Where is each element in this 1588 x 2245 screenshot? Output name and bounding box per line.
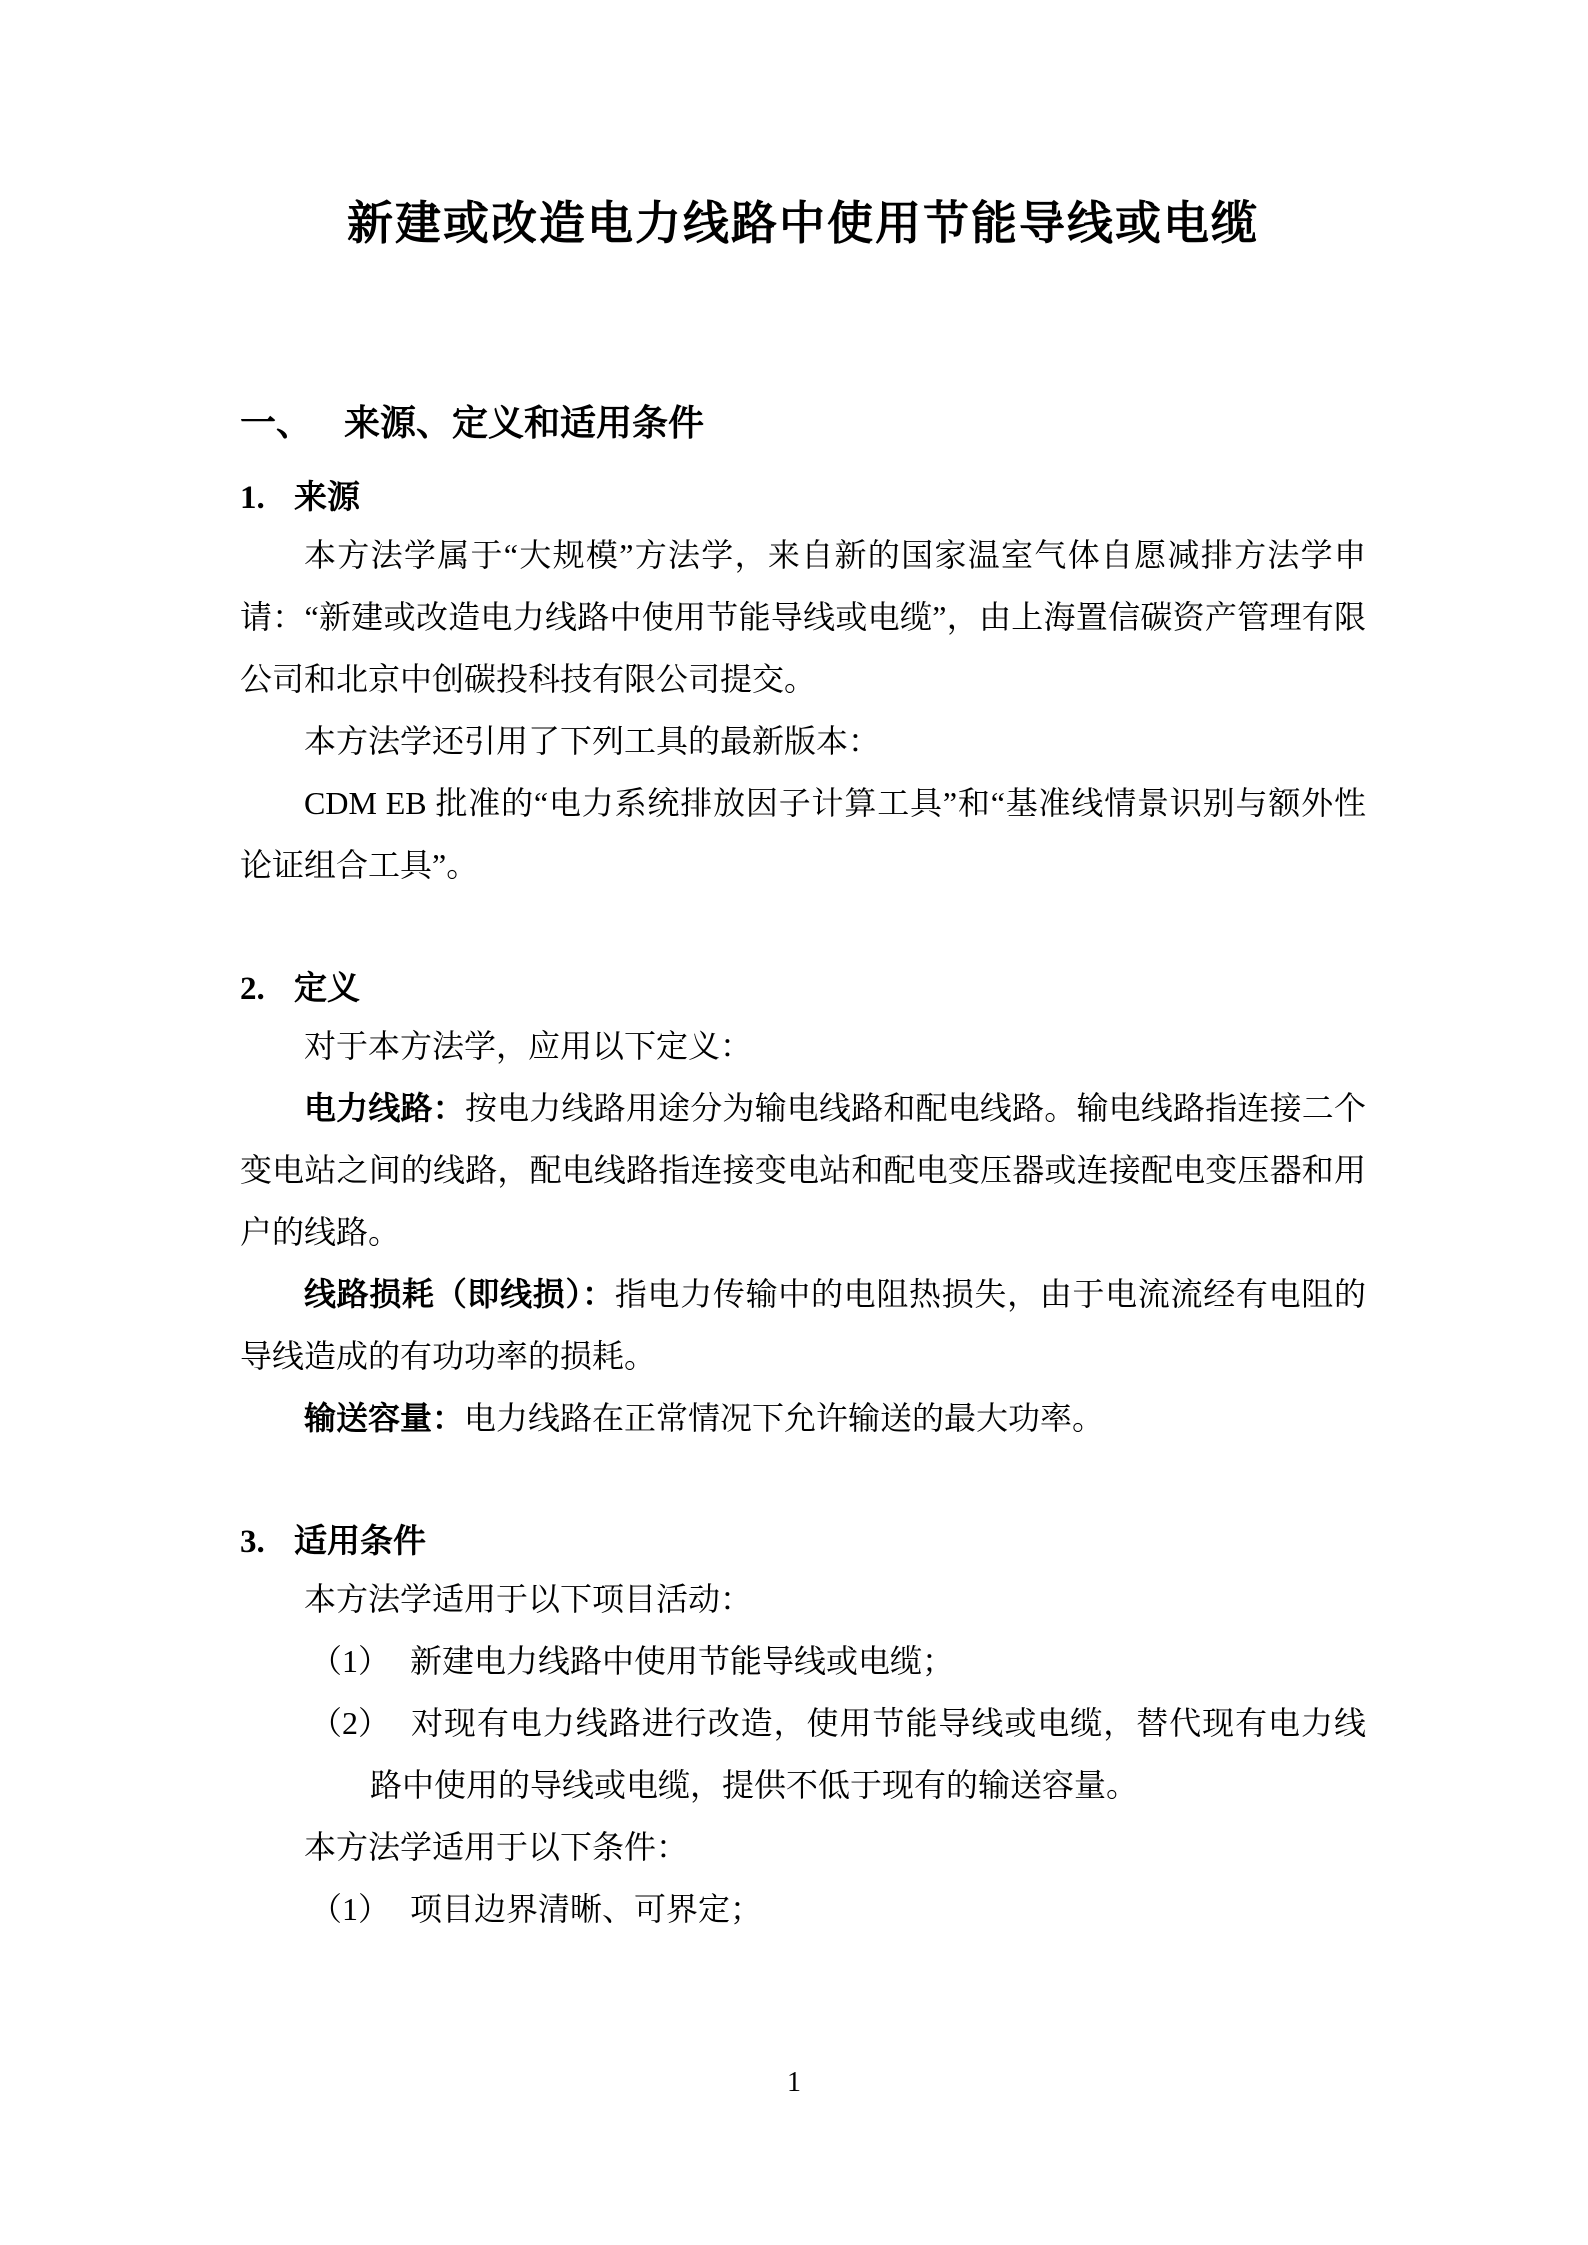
document-title: 新建或改造电力线路中使用节能导线或电缆 bbox=[240, 196, 1366, 251]
subsection-applicability-number: 3. bbox=[240, 1522, 294, 1562]
paragraph-source-origin: 本方法学属于“大规模”方法学，来自新的国家温室气体自愿减排方法学申请：“新建或改… bbox=[240, 524, 1366, 710]
section-heading-1: 一、来源、定义和适用条件 bbox=[240, 401, 1366, 445]
list-item-activity-1-text: 新建电力线路中使用节能导线或电缆； bbox=[410, 1643, 954, 1679]
section-heading-label: 来源、定义和适用条件 bbox=[344, 402, 704, 443]
paragraph-source-tools-intro: 本方法学还引用了下列工具的最新版本： bbox=[240, 710, 1366, 772]
subsection-heading-source: 1.来源 bbox=[240, 477, 1366, 518]
paragraph-conditions-intro: 本方法学适用于以下条件： bbox=[240, 1816, 1366, 1878]
subsection-source-number: 1. bbox=[240, 478, 294, 518]
list-item-condition-1-number: （1） bbox=[310, 1878, 410, 1940]
definition-transmission-capacity-term: 输送容量： bbox=[304, 1400, 464, 1436]
definition-line-loss: 线路损耗（即线损）：指电力传输中的电阻热损失，由于电流流经有电阻的导线造成的有功… bbox=[240, 1263, 1366, 1387]
list-item-condition-1-text: 项目边界清晰、可界定； bbox=[410, 1891, 762, 1927]
subsection-applicability-label: 适用条件 bbox=[294, 1522, 426, 1559]
definition-transmission-capacity: 输送容量：电力线路在正常情况下允许输送的最大功率。 bbox=[240, 1387, 1366, 1449]
page-number: 1 bbox=[0, 2066, 1588, 2100]
definition-line-loss-term: 线路损耗（即线损）： bbox=[304, 1276, 615, 1312]
paragraph-definitions-intro: 对于本方法学，应用以下定义： bbox=[240, 1015, 1366, 1077]
subsection-heading-definitions: 2.定义 bbox=[240, 968, 1366, 1009]
paragraph-source-tools: CDM EB 批准的“电力系统排放因子计算工具”和“基准线情景识别与额外性论证组… bbox=[240, 772, 1366, 896]
subsection-source-label: 来源 bbox=[294, 478, 360, 515]
list-item-activity-1-number: （1） bbox=[310, 1630, 410, 1692]
list-item-condition-1: （1）项目边界清晰、可界定； bbox=[240, 1878, 1366, 1940]
document-page: 新建或改造电力线路中使用节能导线或电缆 一、来源、定义和适用条件 1.来源 本方… bbox=[0, 0, 1588, 2245]
subsection-definitions-number: 2. bbox=[240, 969, 294, 1009]
list-item-activity-1: （1）新建电力线路中使用节能导线或电缆； bbox=[240, 1630, 1366, 1692]
list-item-activity-2: （2）对现有电力线路进行改造，使用节能导线或电缆，替代现有电力线路中使用的导线或… bbox=[240, 1692, 1366, 1816]
section-heading-number: 一、 bbox=[240, 401, 344, 445]
definition-power-line: 电力线路：按电力线路用途分为输电线路和配电线路。输电线路指连接二个变电站之间的线… bbox=[240, 1077, 1366, 1263]
definition-transmission-capacity-text: 电力线路在正常情况下允许输送的最大功率。 bbox=[464, 1400, 1104, 1436]
subsection-definitions-label: 定义 bbox=[294, 969, 360, 1006]
paragraph-activities-intro: 本方法学适用于以下项目活动： bbox=[240, 1568, 1366, 1630]
subsection-heading-applicability: 3.适用条件 bbox=[240, 1521, 1366, 1562]
list-item-activity-2-number: （2） bbox=[310, 1692, 410, 1754]
list-item-activity-2-text: 对现有电力线路进行改造，使用节能导线或电缆，替代现有电力线路中使用的导线或电缆，… bbox=[370, 1705, 1366, 1803]
definition-power-line-term: 电力线路： bbox=[304, 1090, 465, 1126]
